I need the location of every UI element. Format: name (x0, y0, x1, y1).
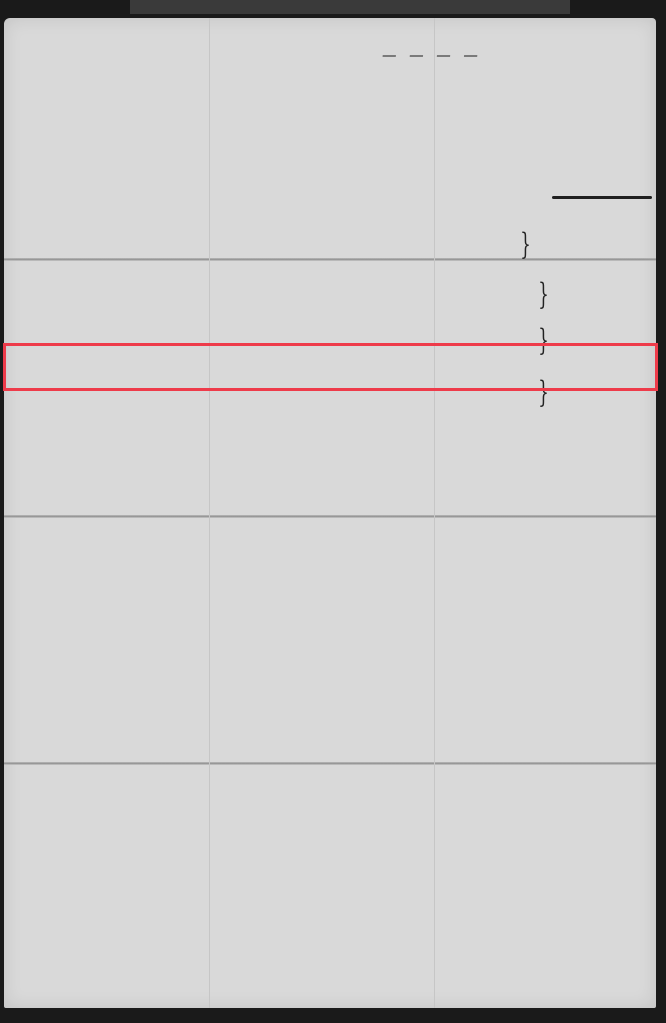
manuscript-page: — — — — } } } } (4, 18, 656, 1008)
brace-mark: } (538, 326, 549, 356)
brace-mark: } (538, 280, 549, 310)
scan-backing (130, 0, 570, 14)
dash-leader: — — — — (382, 48, 482, 64)
fold-crease (209, 18, 210, 1008)
sum-rule (552, 196, 652, 199)
fold-crease (434, 18, 435, 1008)
fold-crease (4, 762, 656, 765)
fold-crease (4, 515, 656, 518)
brace-mark: } (520, 230, 531, 260)
fold-crease (4, 258, 656, 261)
brace-mark: } (538, 378, 549, 408)
